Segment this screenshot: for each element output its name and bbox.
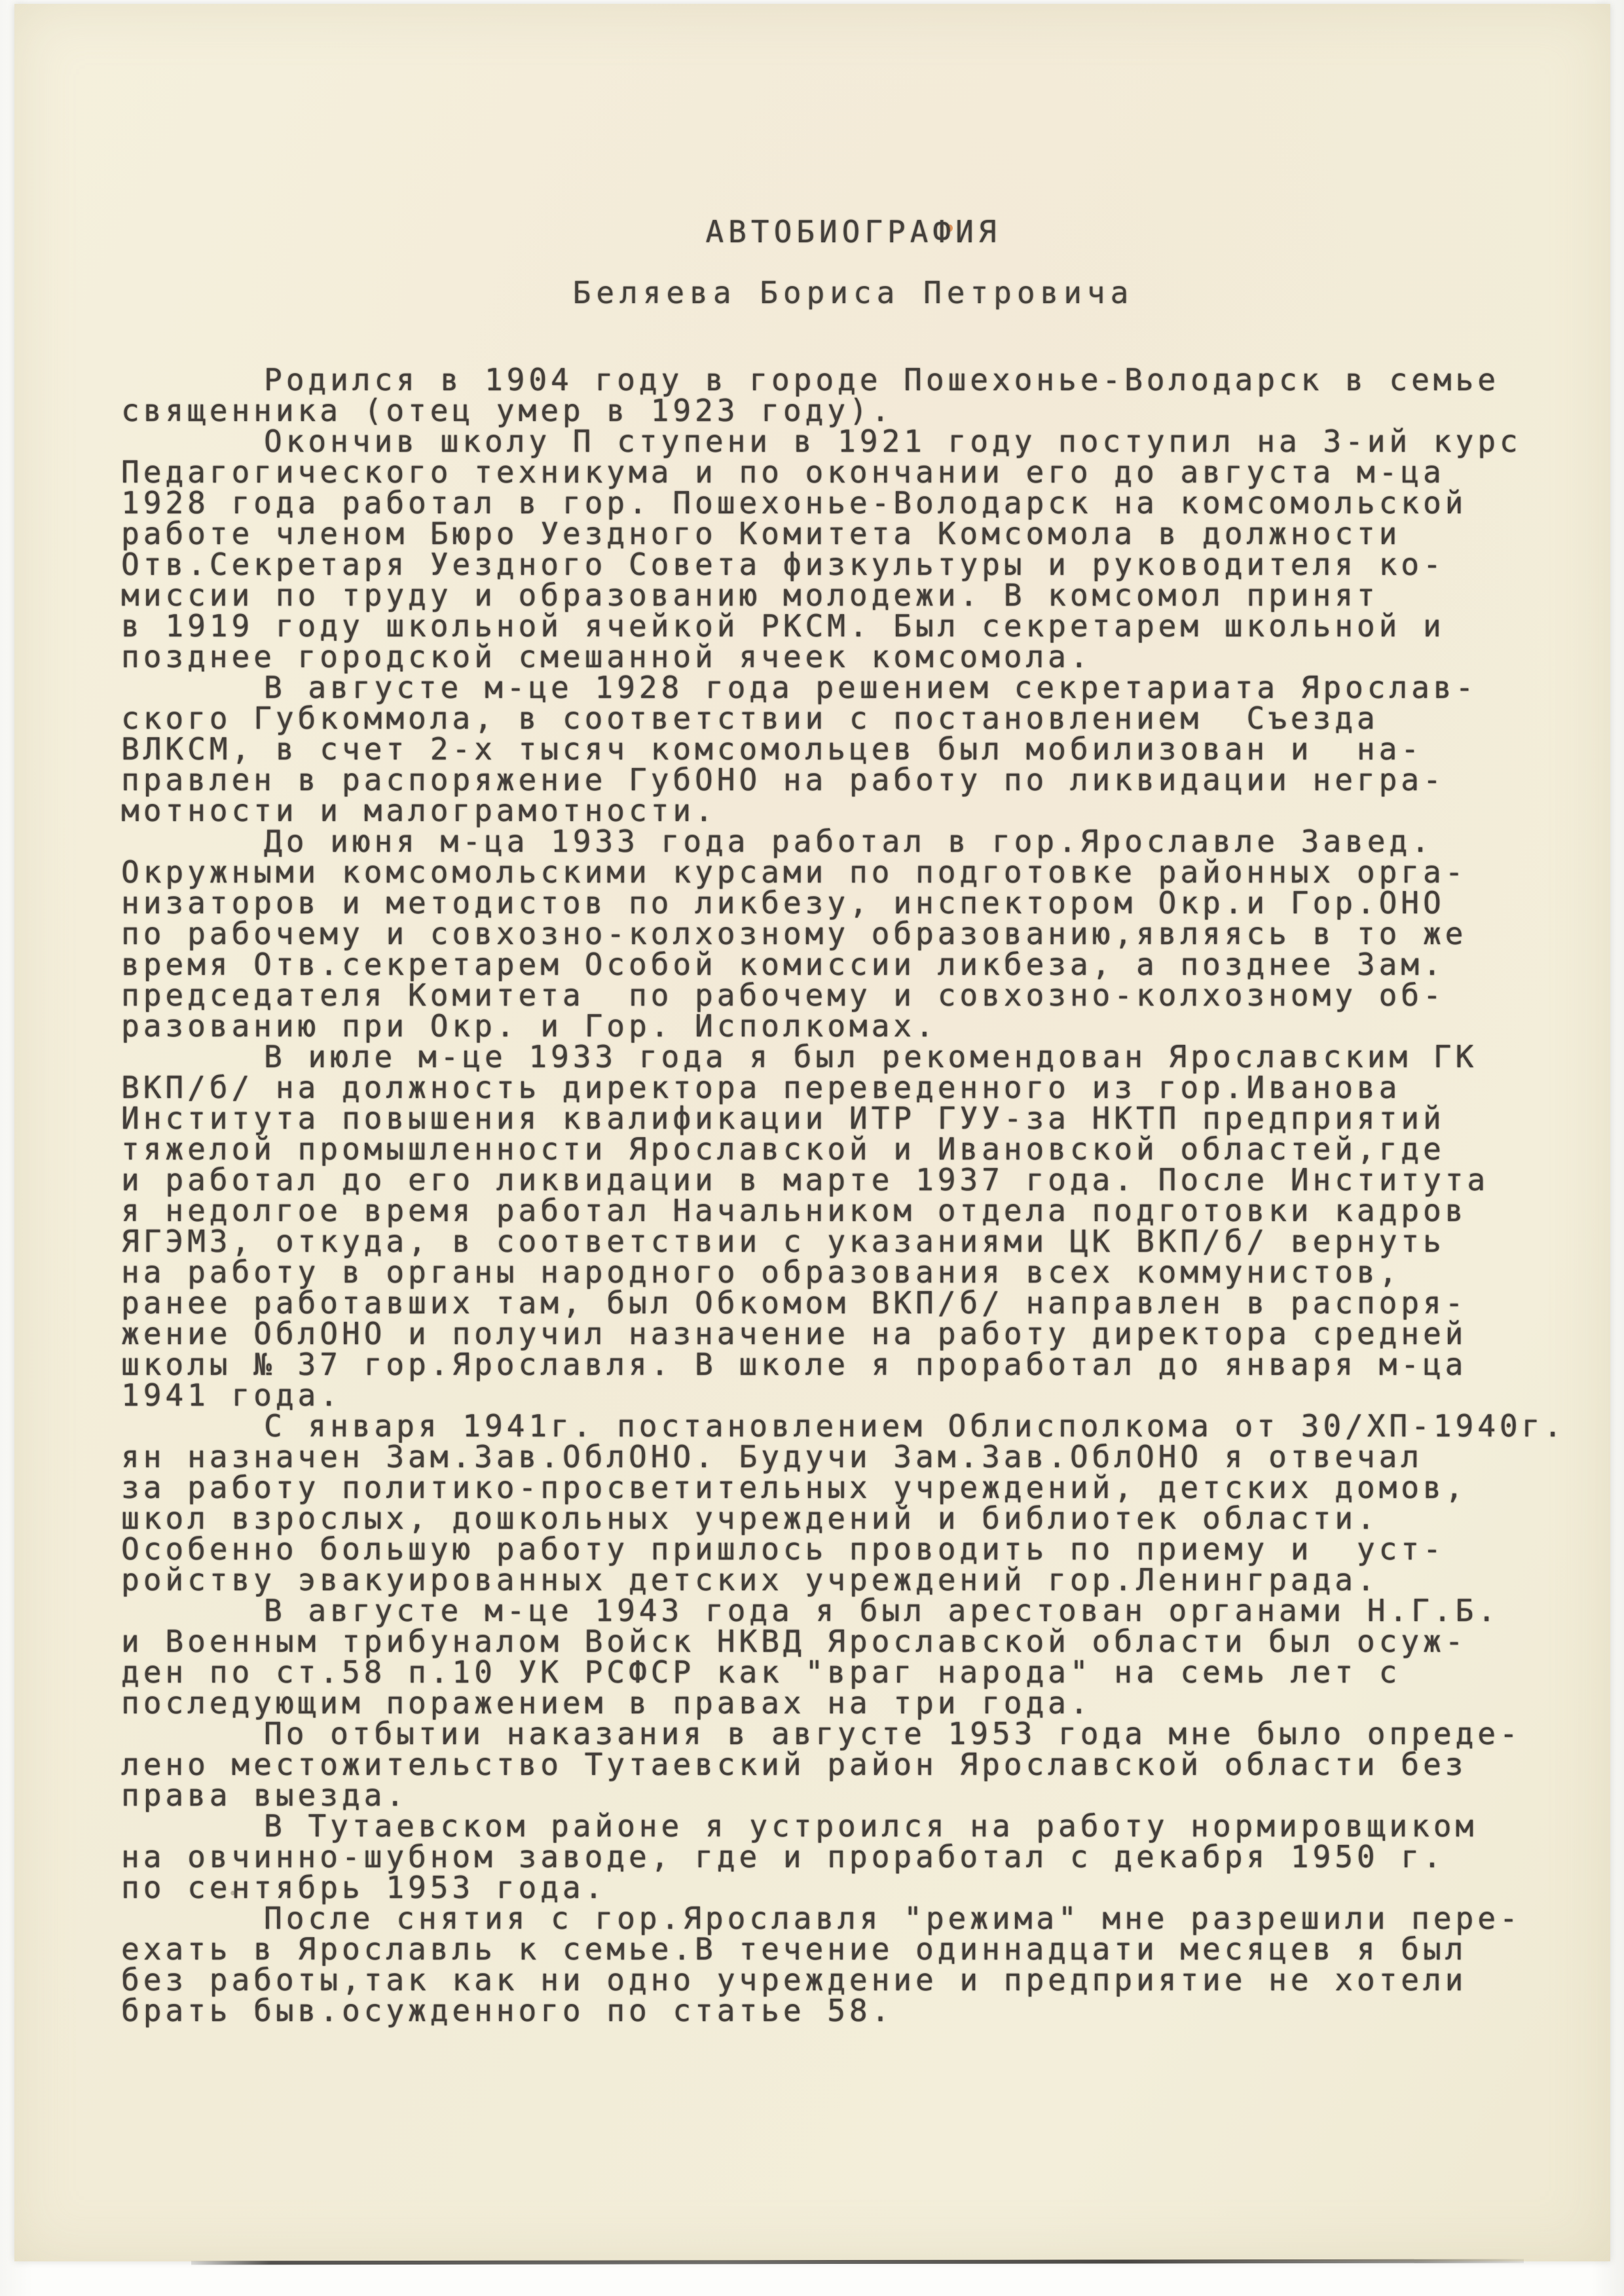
document-content: АВТОБИОГРАФИЯ Беляева Бориса Петровича Р… xyxy=(121,4,1585,2026)
paragraph-mobilization-1928: В августе м-це 1928 года решением секрет… xyxy=(121,672,1585,826)
paragraph-tutaev-work: В Тутаевском районе я устроился на работ… xyxy=(121,1811,1585,1903)
document-page: АВТОБИОГРАФИЯ Беляева Бориса Петровича Р… xyxy=(14,4,1610,2261)
paragraph-release-1953: По отбытии наказания в августе 1953 года… xyxy=(121,1719,1585,1811)
scan-background: АВТОБИОГРАФИЯ Беляева Бориса Петровича Р… xyxy=(0,0,1624,2296)
paragraph-arrest-1943: В августе м-це 1943 года я был арестован… xyxy=(121,1595,1585,1719)
paragraph-birth: Родился в 1904 году в городе Пошехонье-В… xyxy=(121,365,1585,426)
paragraph-return-yaroslavl: После снятия с гор.Ярославля "режима" мн… xyxy=(121,1903,1585,2026)
document-title: АВТОБИОГРАФИЯ xyxy=(121,217,1585,247)
document-subtitle: Беляева Бориса Петровича xyxy=(121,278,1585,308)
document-body: Родился в 1904 году в городе Пошехонье-В… xyxy=(121,365,1585,2026)
paragraph-oblono-1941: С января 1941г. постановлением Облисполк… xyxy=(121,1411,1585,1595)
paragraph-work-until-1933: До июня м-ца 1933 года работал в гор.Яро… xyxy=(121,826,1585,1042)
paragraph-institute-director: В июле м-це 1933 года я был рекомендован… xyxy=(121,1042,1585,1411)
paragraph-education-komsomol: Окончив школу П ступени в 1921 году пост… xyxy=(121,426,1585,672)
